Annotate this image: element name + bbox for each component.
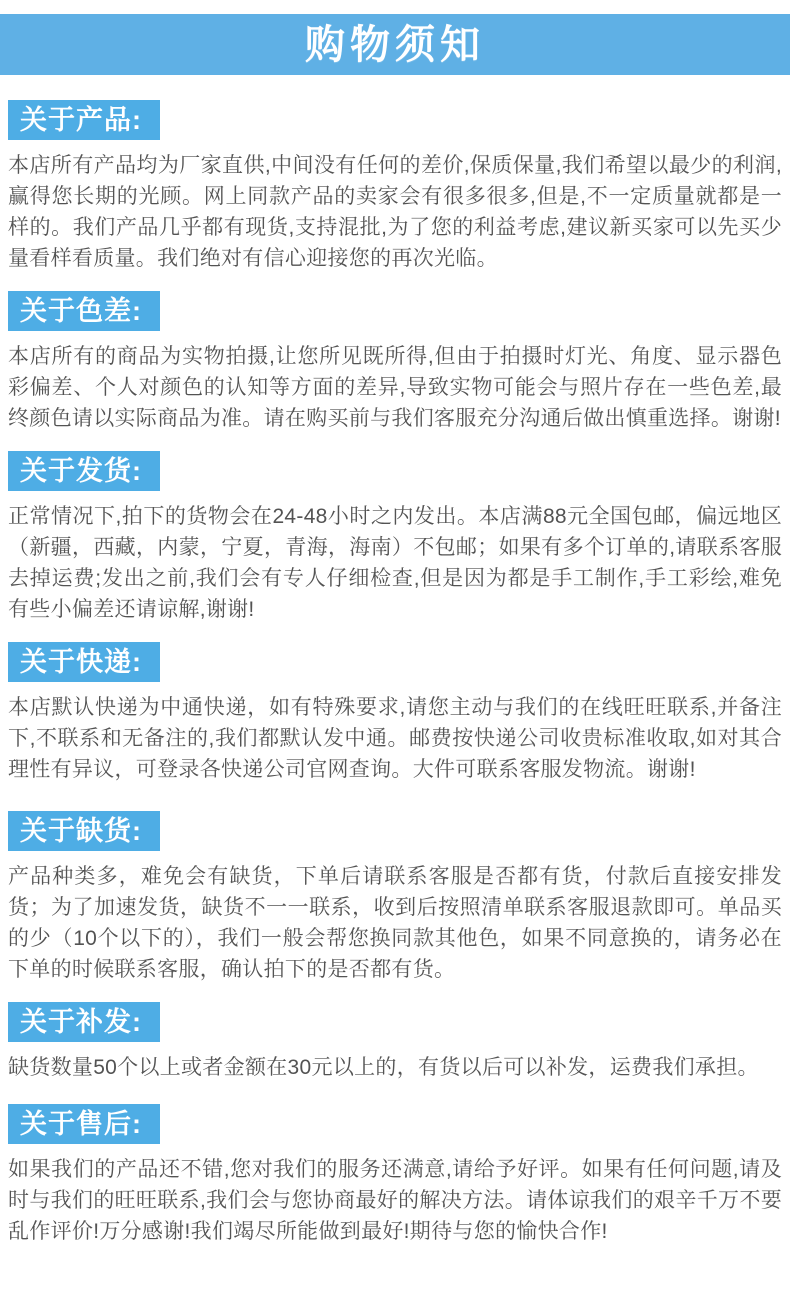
section-reissue: 关于补发: 缺货数量50个以上或者金额在30元以上的，有货以后可以补发，运费我们… [8, 1002, 782, 1083]
section-color-difference: 关于色差: 本店所有的商品为实物拍摄,让您所见既所得,但由于拍摄时灯光、角度、显… [8, 291, 782, 434]
section-label-color-difference: 关于色差: [8, 291, 160, 331]
page-banner: 购物须知 [0, 14, 790, 75]
section-body-courier: 本店默认快递为中通快递，如有特殊要求,请您主动与我们的在线旺旺联系,并备注下,不… [8, 692, 782, 785]
section-products: 关于产品: 本店所有产品均为厂家直供,中间没有任何的差价,保质保量,我们希望以最… [8, 100, 782, 274]
top-white-strip [0, 0, 790, 14]
section-body-out-of-stock: 产品种类多，难免会有缺货，下单后请联系客服是否都有货，付款后直接安排发货；为了加… [8, 861, 782, 985]
section-label-products: 关于产品: [8, 100, 160, 140]
section-label-out-of-stock: 关于缺货: [8, 811, 160, 851]
section-body-after-sales: 如果我们的产品还不错,您对我们的服务还满意,请给予好评。如果有任何问题,请及时与… [8, 1154, 782, 1247]
section-body-shipping: 正常情况下,拍下的货物会在24-48小时之内发出。本店满88元全国包邮，偏远地区… [8, 501, 782, 625]
section-label-after-sales: 关于售后: [8, 1104, 160, 1144]
section-courier: 关于快递: 本店默认快递为中通快递，如有特殊要求,请您主动与我们的在线旺旺联系,… [8, 642, 782, 785]
section-out-of-stock: 关于缺货: 产品种类多，难免会有缺货，下单后请联系客服是否都有货，付款后直接安排… [8, 811, 782, 985]
section-body-reissue: 缺货数量50个以上或者金额在30元以上的，有货以后可以补发，运费我们承担。 [8, 1052, 782, 1083]
section-label-reissue: 关于补发: [8, 1002, 160, 1042]
section-body-products: 本店所有产品均为厂家直供,中间没有任何的差价,保质保量,我们希望以最少的利润,赢… [8, 150, 782, 274]
page-title: 购物须知 [305, 25, 485, 65]
section-shipping: 关于发货: 正常情况下,拍下的货物会在24-48小时之内发出。本店满88元全国包… [8, 451, 782, 625]
section-label-shipping: 关于发货: [8, 451, 160, 491]
notice-sections: 关于产品: 本店所有产品均为厂家直供,中间没有任何的差价,保质保量,我们希望以最… [0, 100, 790, 1277]
section-after-sales: 关于售后: 如果我们的产品还不错,您对我们的服务还满意,请给予好评。如果有任何问… [8, 1104, 782, 1247]
section-body-color-difference: 本店所有的商品为实物拍摄,让您所见既所得,但由于拍摄时灯光、角度、显示器色彩偏差… [8, 341, 782, 434]
section-label-courier: 关于快递: [8, 642, 160, 682]
